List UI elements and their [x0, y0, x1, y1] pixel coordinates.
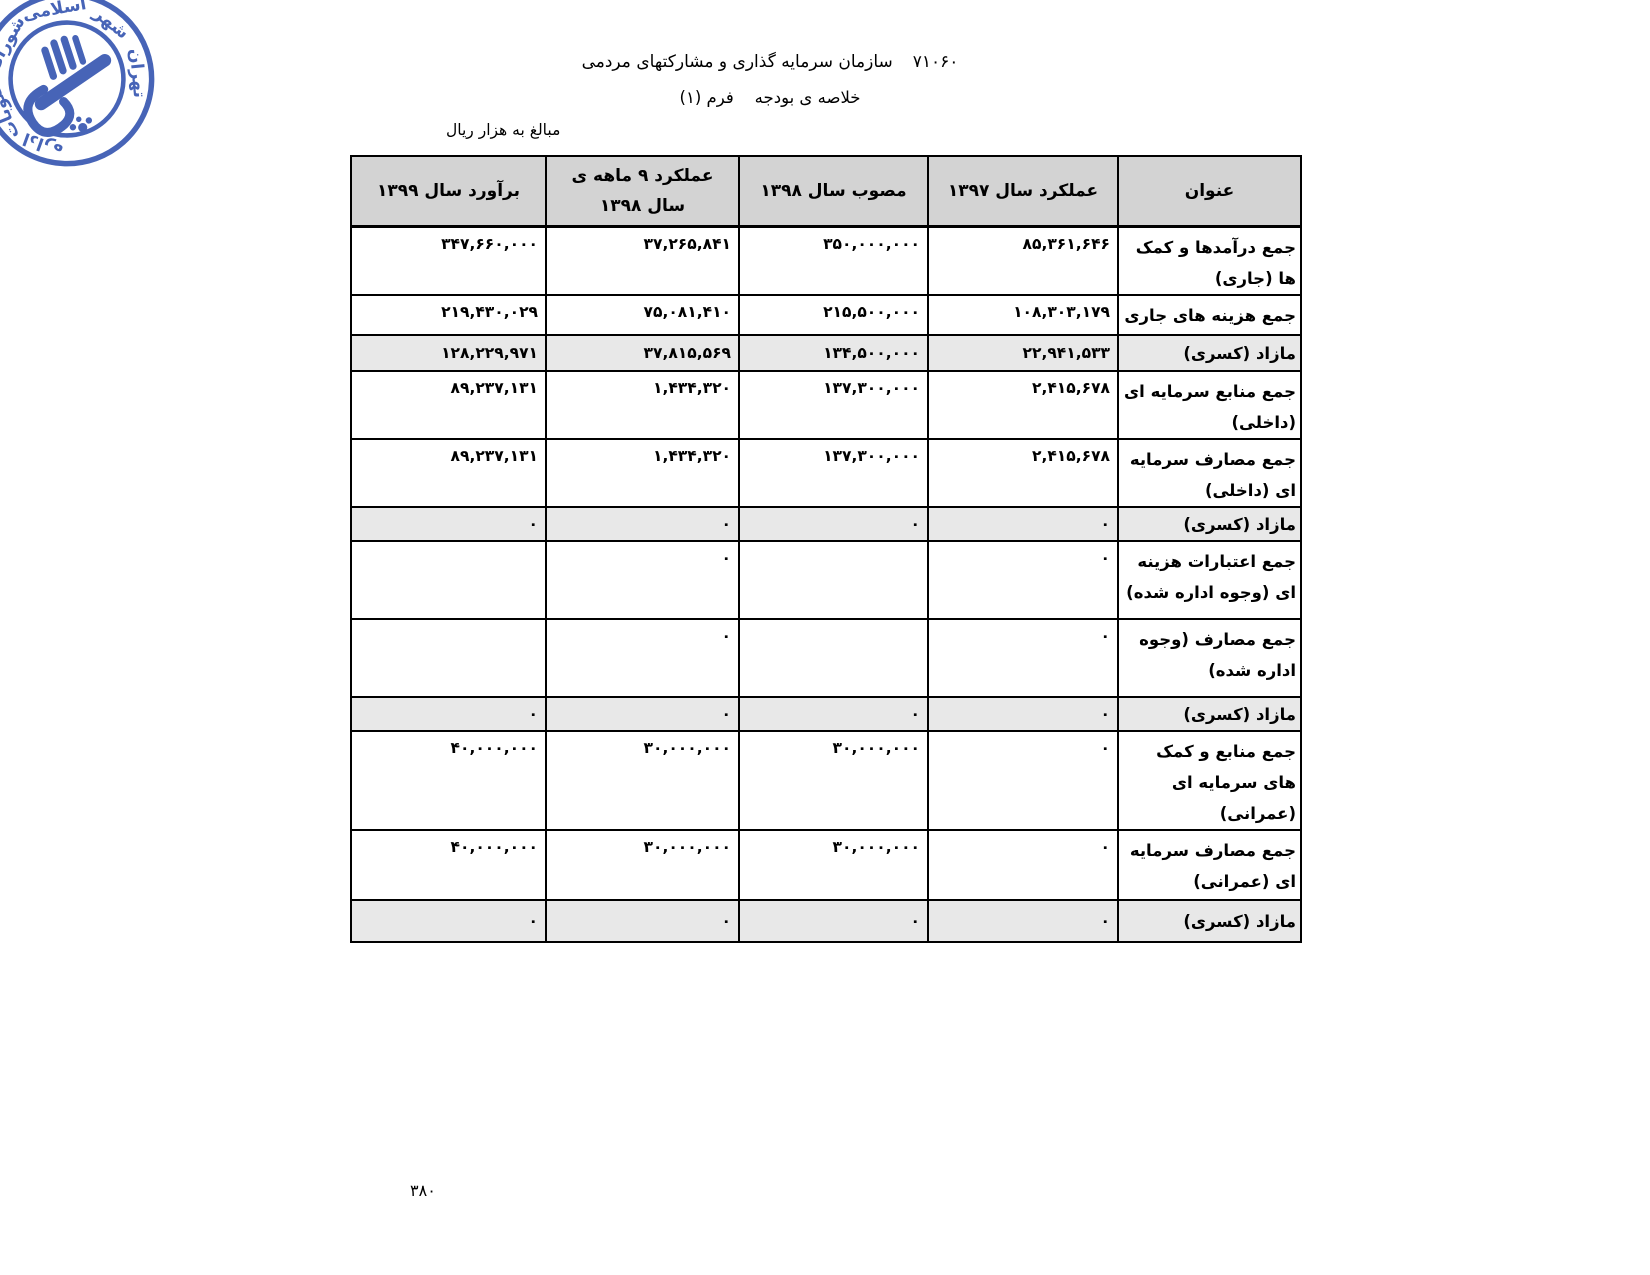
value-perf-9m-1398: ۳۰,۰۰۰,۰۰۰: [546, 731, 739, 830]
col-header-perf-9m-1398: عملکرد ۹ ماهه ی سال ۱۳۹۸: [546, 156, 739, 227]
row-title: مازاد (کسری): [1118, 900, 1301, 942]
table-row-surplus: مازاد (کسری) ۰ ۰ ۰ ۰: [351, 900, 1301, 942]
row-title: جمع منابع و کمک های سرمایه ای (عمرانی): [1118, 731, 1301, 830]
row-title: جمع مصارف (وجوه اداره شده): [1118, 619, 1301, 697]
table-header-row: عنوان عملکرد سال ۱۳۹۷ مصوب سال ۱۳۹۸ عملک…: [351, 156, 1301, 227]
amounts-unit-note: مبالغ به هزار ریال: [446, 121, 560, 139]
value-perf-1397: ۲۲,۹۴۱,۵۳۳: [928, 335, 1118, 371]
value-approved-1398: ۱۳۷,۳۰۰,۰۰۰: [739, 439, 928, 507]
value-approved-1398: ۳۰,۰۰۰,۰۰۰: [739, 830, 928, 900]
value-approved-1398: ۳۰,۰۰۰,۰۰۰: [739, 731, 928, 830]
page-number: ۳۸۰: [410, 1181, 436, 1200]
value-perf-1397: ۰: [928, 619, 1118, 697]
row-title: جمع مصارف سرمایه ای (عمرانی): [1118, 830, 1301, 900]
official-stamp: اداره مصوبات شورای اسلامی شهر تهران: [0, 0, 184, 196]
value-estimate-1399: ۸۹,۲۳۷,۱۳۱: [351, 439, 546, 507]
table-row-surplus: مازاد (کسری) ۲۲,۹۴۱,۵۳۳ ۱۳۴,۵۰۰,۰۰۰ ۳۷,۸…: [351, 335, 1301, 371]
org-name: سازمان سرمایه گذاری و مشارکتهای مردمی: [582, 50, 893, 74]
stamp-hand-emblem: [9, 29, 126, 148]
value-perf-1397: ۰: [928, 507, 1118, 541]
row-title: جمع مصارف سرمایه ای (داخلی): [1118, 439, 1301, 507]
value-approved-1398: ۰: [739, 697, 928, 731]
value-estimate-1399: ۴۰,۰۰۰,۰۰۰: [351, 830, 546, 900]
table-row-surplus: مازاد (کسری) ۰ ۰ ۰ ۰: [351, 697, 1301, 731]
value-approved-1398: ۳۵۰,۰۰۰,۰۰۰: [739, 227, 928, 296]
col-header-approved-1398: مصوب سال ۱۳۹۸: [739, 156, 928, 227]
value-perf-9m-1398: ۰: [546, 541, 739, 619]
table-row: جمع مصارف سرمایه ای (داخلی) ۲,۴۱۵,۶۷۸ ۱۳…: [351, 439, 1301, 507]
value-approved-1398: ۰: [739, 507, 928, 541]
value-perf-9m-1398: ۳۰,۰۰۰,۰۰۰: [546, 830, 739, 900]
value-approved-1398: ۰: [739, 900, 928, 942]
value-estimate-1399: ۰: [351, 900, 546, 942]
row-title: مازاد (کسری): [1118, 335, 1301, 371]
value-estimate-1399: ۳۴۷,۶۶۰,۰۰۰: [351, 227, 546, 296]
value-perf-9m-1398: ۰: [546, 619, 739, 697]
value-perf-9m-1398: ۰: [546, 900, 739, 942]
value-estimate-1399: [351, 541, 546, 619]
org-code: ۷۱۰۶۰: [913, 50, 959, 74]
value-perf-1397: ۰: [928, 697, 1118, 731]
table-row: جمع اعتبارات هزینه ای (وجوه اداره شده) ۰…: [351, 541, 1301, 619]
col-header-perf-1397: عملکرد سال ۱۳۹۷: [928, 156, 1118, 227]
row-title: جمع هزینه های جاری: [1118, 295, 1301, 335]
row-title: جمع اعتبارات هزینه ای (وجوه اداره شده): [1118, 541, 1301, 619]
row-title: مازاد (کسری): [1118, 697, 1301, 731]
value-perf-9m-1398: ۷۵,۰۸۱,۴۱۰: [546, 295, 739, 335]
value-perf-1397: ۰: [928, 900, 1118, 942]
value-perf-1397: ۰: [928, 731, 1118, 830]
table-row: جمع منابع و کمک های سرمایه ای (عمرانی) ۰…: [351, 731, 1301, 830]
value-estimate-1399: [351, 619, 546, 697]
value-perf-1397: ۲,۴۱۵,۶۷۸: [928, 439, 1118, 507]
value-approved-1398: [739, 541, 928, 619]
table-row-surplus: مازاد (کسری) ۰ ۰ ۰ ۰: [351, 507, 1301, 541]
value-perf-9m-1398: ۰: [546, 507, 739, 541]
value-estimate-1399: ۱۲۸,۲۲۹,۹۷۱: [351, 335, 546, 371]
value-perf-1397: ۲,۴۱۵,۶۷۸: [928, 371, 1118, 439]
value-perf-9m-1398: ۱,۴۳۴,۳۲۰: [546, 439, 739, 507]
value-approved-1398: ۲۱۵,۵۰۰,۰۰۰: [739, 295, 928, 335]
value-perf-1397: ۰: [928, 830, 1118, 900]
row-title: مازاد (کسری): [1118, 507, 1301, 541]
stamp-graphic: اداره مصوبات شورای اسلامی شهر تهران: [0, 0, 184, 196]
form-title: خلاصه ی بودجه فرم (۱): [420, 88, 1120, 107]
value-perf-1397: ۸۵,۳۶۱,۶۴۶: [928, 227, 1118, 296]
row-title: جمع درآمدها و کمک ها (جاری): [1118, 227, 1301, 296]
value-perf-9m-1398: ۰: [546, 697, 739, 731]
table-row: جمع مصارف سرمایه ای (عمرانی) ۰ ۳۰,۰۰۰,۰۰…: [351, 830, 1301, 900]
org-header-line: ۷۱۰۶۰ سازمان سرمایه گذاری و مشارکتهای مر…: [420, 50, 1120, 74]
value-perf-1397: ۱۰۸,۳۰۳,۱۷۹: [928, 295, 1118, 335]
row-title: جمع منابع سرمایه ای (داخلی): [1118, 371, 1301, 439]
value-estimate-1399: ۰: [351, 697, 546, 731]
value-approved-1398: ۱۳۴,۵۰۰,۰۰۰: [739, 335, 928, 371]
budget-summary-table: عنوان عملکرد سال ۱۳۹۷ مصوب سال ۱۳۹۸ عملک…: [350, 155, 1302, 943]
value-approved-1398: ۱۳۷,۳۰۰,۰۰۰: [739, 371, 928, 439]
stamp-word: تهران: [125, 48, 149, 99]
value-approved-1398: [739, 619, 928, 697]
value-perf-9m-1398: ۱,۴۳۴,۳۲۰: [546, 371, 739, 439]
value-perf-9m-1398: ۳۷,۲۶۵,۸۴۱: [546, 227, 739, 296]
value-estimate-1399: ۴۰,۰۰۰,۰۰۰: [351, 731, 546, 830]
stamp-word: اسلامی: [21, 0, 88, 25]
col-header-title: عنوان: [1118, 156, 1301, 227]
col-header-estimate-1399: برآورد سال ۱۳۹۹: [351, 156, 546, 227]
table-row: جمع منابع سرمایه ای (داخلی) ۲,۴۱۵,۶۷۸ ۱۳…: [351, 371, 1301, 439]
table-row: جمع هزینه های جاری ۱۰۸,۳۰۳,۱۷۹ ۲۱۵,۵۰۰,۰…: [351, 295, 1301, 335]
value-perf-1397: ۰: [928, 541, 1118, 619]
value-perf-9m-1398: ۳۷,۸۱۵,۵۶۹: [546, 335, 739, 371]
table-row: جمع درآمدها و کمک ها (جاری) ۸۵,۳۶۱,۶۴۶ ۳…: [351, 227, 1301, 296]
value-estimate-1399: ۲۱۹,۴۳۰,۰۲۹: [351, 295, 546, 335]
value-estimate-1399: ۰: [351, 507, 546, 541]
value-estimate-1399: ۸۹,۲۳۷,۱۳۱: [351, 371, 546, 439]
budget-form-page: اداره مصوبات شورای اسلامی شهر تهران ۷۱۰۶…: [0, 0, 1650, 1275]
table-row: جمع مصارف (وجوه اداره شده) ۰ ۰: [351, 619, 1301, 697]
